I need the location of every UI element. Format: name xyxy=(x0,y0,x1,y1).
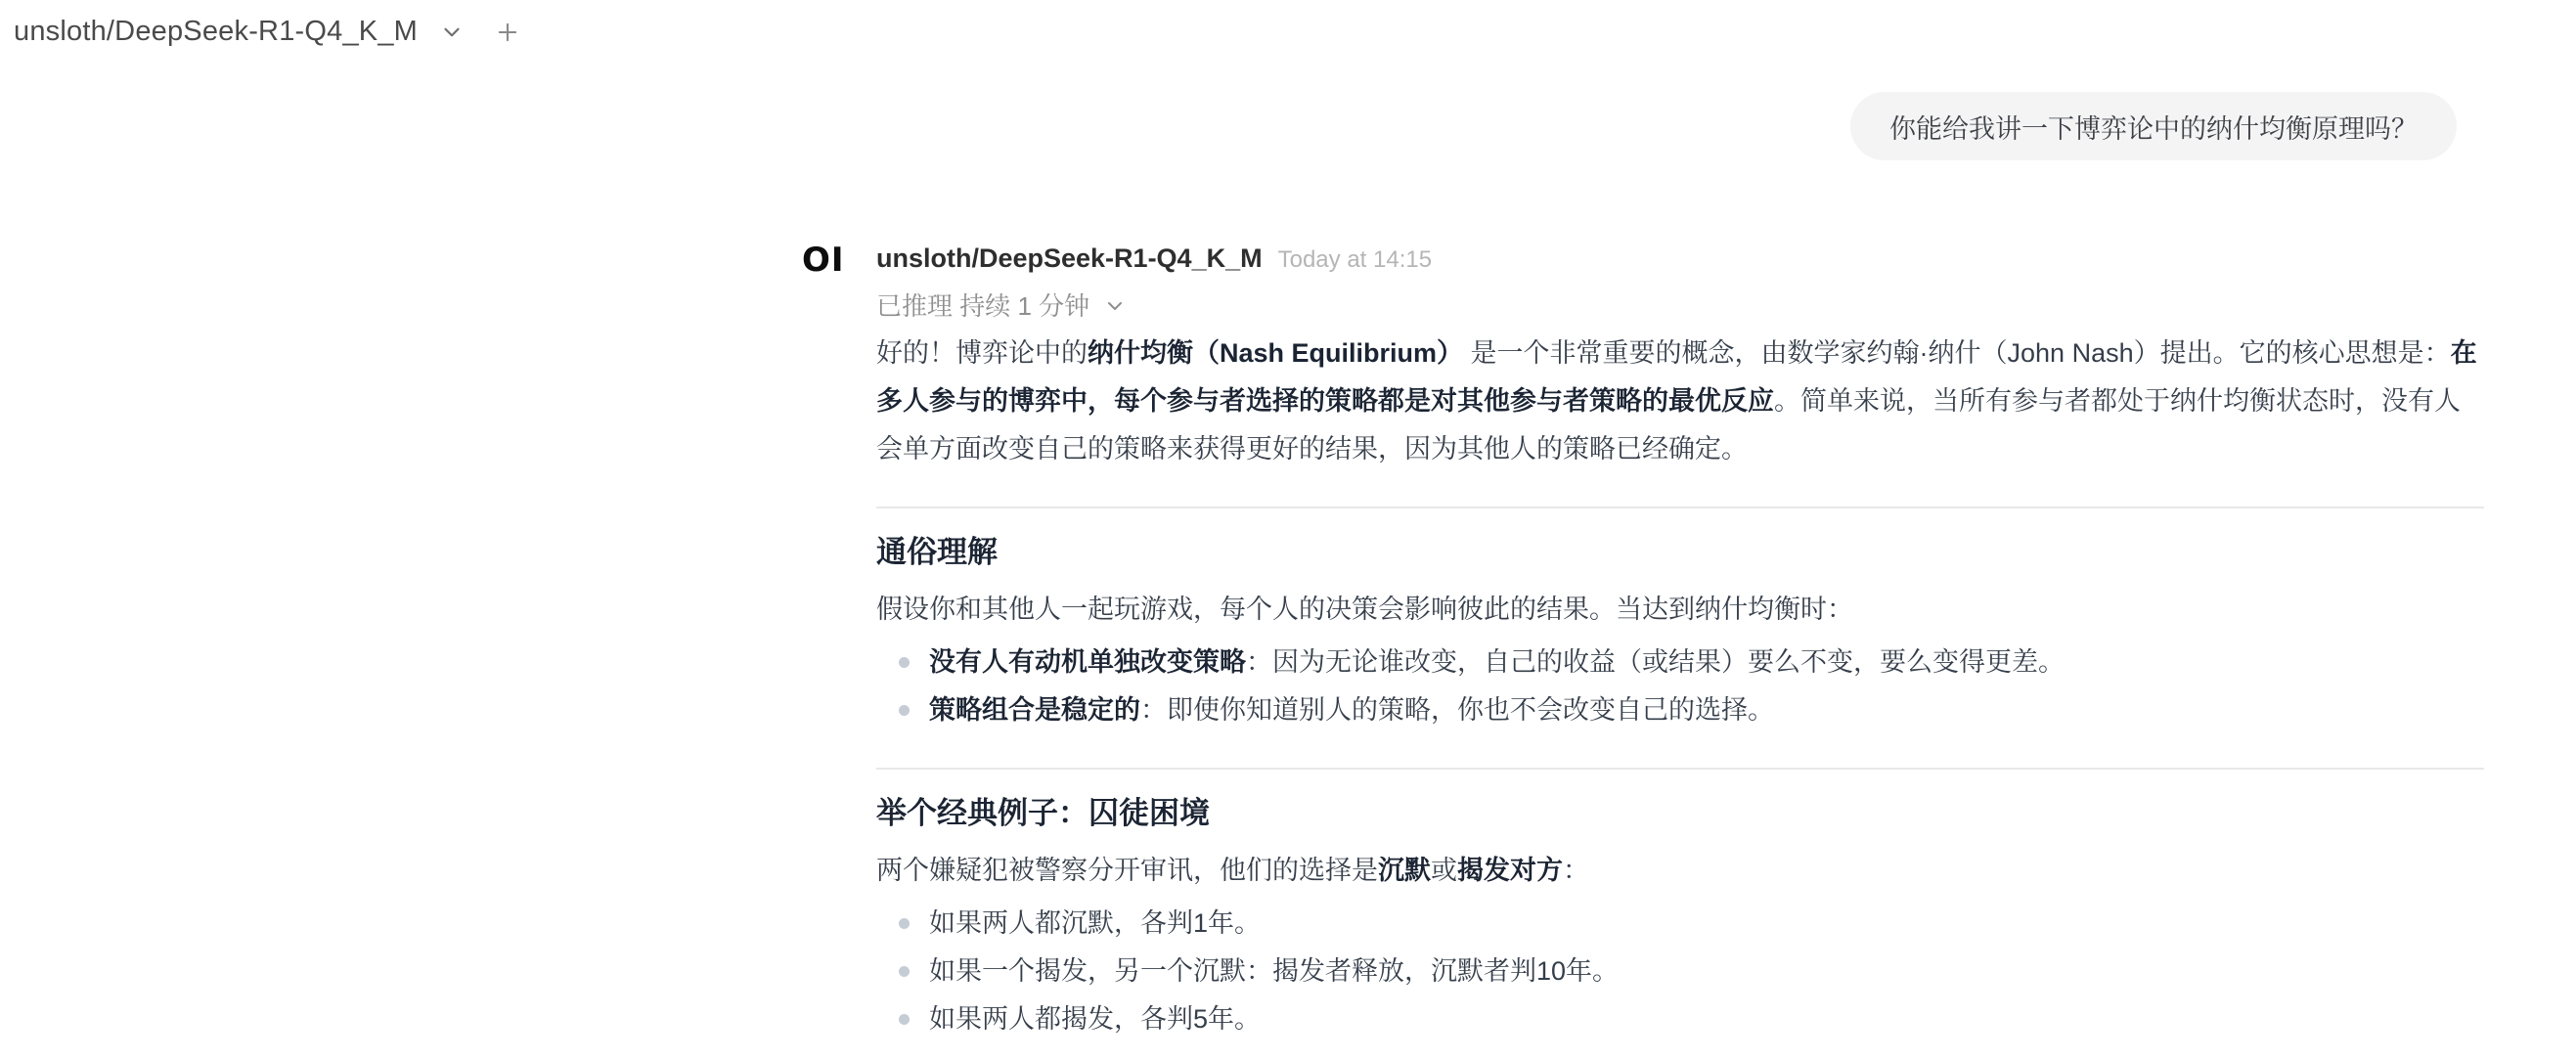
section-divider xyxy=(876,768,2484,770)
list-item: 如果两人都揭发，各判5年。 xyxy=(876,995,2484,1043)
section2-intro-text: ： xyxy=(1563,856,1589,885)
user-message-bubble: 你能给我讲一下博弈论中的纳什均衡原理吗？ xyxy=(1850,92,2457,160)
list-item: 如果一个揭发，另一个沉默：揭发者释放，沉默者判10年。 xyxy=(876,948,2484,995)
section2-bold-betray: 揭发对方 xyxy=(1457,856,1563,885)
bullet-dot-icon xyxy=(899,1014,910,1025)
section2-bullet-list: 如果两人都沉默，各判1年。 如果一个揭发，另一个沉默：揭发者释放，沉默者判10年… xyxy=(876,900,2484,1043)
assistant-message-header: unsloth/DeepSeek-R1-Q4_K_M Today at 14:1… xyxy=(876,242,2484,277)
section2-bold-silent: 沉默 xyxy=(1378,856,1431,885)
bullet-dot-icon xyxy=(899,657,910,668)
reasoning-label: 已推理 持续 1 分钟 xyxy=(876,290,1089,322)
section2-heading: 举个经典例子：囚徒困境 xyxy=(876,794,2484,833)
assistant-avatar: OI xyxy=(802,242,847,1043)
bullet-bold-text: 策略组合是稳定的 xyxy=(929,695,1140,725)
intro-text: 好的！博弈论中的 xyxy=(876,338,1088,368)
reasoning-toggle[interactable]: 已推理 持续 1 分钟 xyxy=(876,290,2484,322)
section1-bullet-list: 没有人有动机单独改变策略：因为无论谁改变，自己的收益（或结果）要么不变，要么变得… xyxy=(876,639,2484,734)
top-bar: unsloth/DeepSeek-R1-Q4_K_M xyxy=(0,0,2576,48)
bullet-text: 如果两人都沉默，各判1年。 xyxy=(929,908,1261,938)
user-message-text: 你能给我讲一下博弈论中的纳什均衡原理吗？ xyxy=(1889,108,2418,146)
user-message-row: 你能给我讲一下博弈论中的纳什均衡原理吗？ xyxy=(0,92,2576,160)
bullet-text: ：因为无论谁改变，自己的收益（或结果）要么不变，要么变得更差。 xyxy=(1246,647,2065,677)
section2-intro: 两个嫌疑犯被警察分开审讯，他们的选择是沉默或揭发对方： xyxy=(876,847,2484,895)
bullet-text: ：即使你知道别人的策略，你也不会改变自己的选择。 xyxy=(1140,695,1774,725)
intro-paragraph: 好的！博弈论中的纳什均衡（Nash Equilibrium） 是一个非常重要的概… xyxy=(876,330,2484,473)
section2-intro-text: 或 xyxy=(1431,856,1457,885)
chevron-down-icon xyxy=(1103,294,1127,318)
list-item: 没有人有动机单独改变策略：因为无论谁改变，自己的收益（或结果）要么不变，要么变得… xyxy=(876,639,2484,686)
list-item: 如果两人都沉默，各判1年。 xyxy=(876,900,2484,948)
bullet-bold-text: 没有人有动机单独改变策略 xyxy=(929,647,1246,677)
assistant-message-row: OI unsloth/DeepSeek-R1-Q4_K_M Today at 1… xyxy=(802,242,2484,1043)
new-chat-button[interactable] xyxy=(494,19,521,46)
bullet-dot-icon xyxy=(899,918,910,929)
model-selector-label: unsloth/DeepSeek-R1-Q4_K_M xyxy=(14,16,418,48)
section1-heading: 通俗理解 xyxy=(876,533,2484,572)
bullet-dot-icon xyxy=(899,705,910,716)
chat-window: unsloth/DeepSeek-R1-Q4_K_M 你能给我讲一下博弈论中的纳… xyxy=(0,0,2576,1060)
section2-intro-text: 两个嫌疑犯被警察分开审讯，他们的选择是 xyxy=(876,856,1378,885)
list-item: 策略组合是稳定的：即使你知道别人的策略，你也不会改变自己的选择。 xyxy=(876,686,2484,734)
bullet-text: 如果两人都揭发，各判5年。 xyxy=(929,1004,1261,1034)
chevron-down-icon xyxy=(439,20,465,45)
assistant-message-content: unsloth/DeepSeek-R1-Q4_K_M Today at 14:1… xyxy=(876,242,2484,1043)
message-timestamp: Today at 14:15 xyxy=(1278,243,1432,277)
assistant-model-name: unsloth/DeepSeek-R1-Q4_K_M xyxy=(876,242,1263,275)
bullet-text: 如果一个揭发，另一个沉默：揭发者释放，沉默者判10年。 xyxy=(929,956,1619,986)
section-divider xyxy=(876,507,2484,508)
section1-intro: 假设你和其他人一起玩游戏，每个人的决策会影响彼此的结果。当达到纳什均衡时： xyxy=(876,586,2484,634)
model-selector-dropdown[interactable]: unsloth/DeepSeek-R1-Q4_K_M xyxy=(14,16,465,48)
intro-bold-nash: 纳什均衡（Nash Equilibrium） xyxy=(1088,338,1463,368)
intro-text: 是一个非常重要的概念，由数学家约翰·纳什（John Nash）提出。它的核心思想… xyxy=(1463,338,2451,368)
bullet-dot-icon xyxy=(899,966,910,977)
